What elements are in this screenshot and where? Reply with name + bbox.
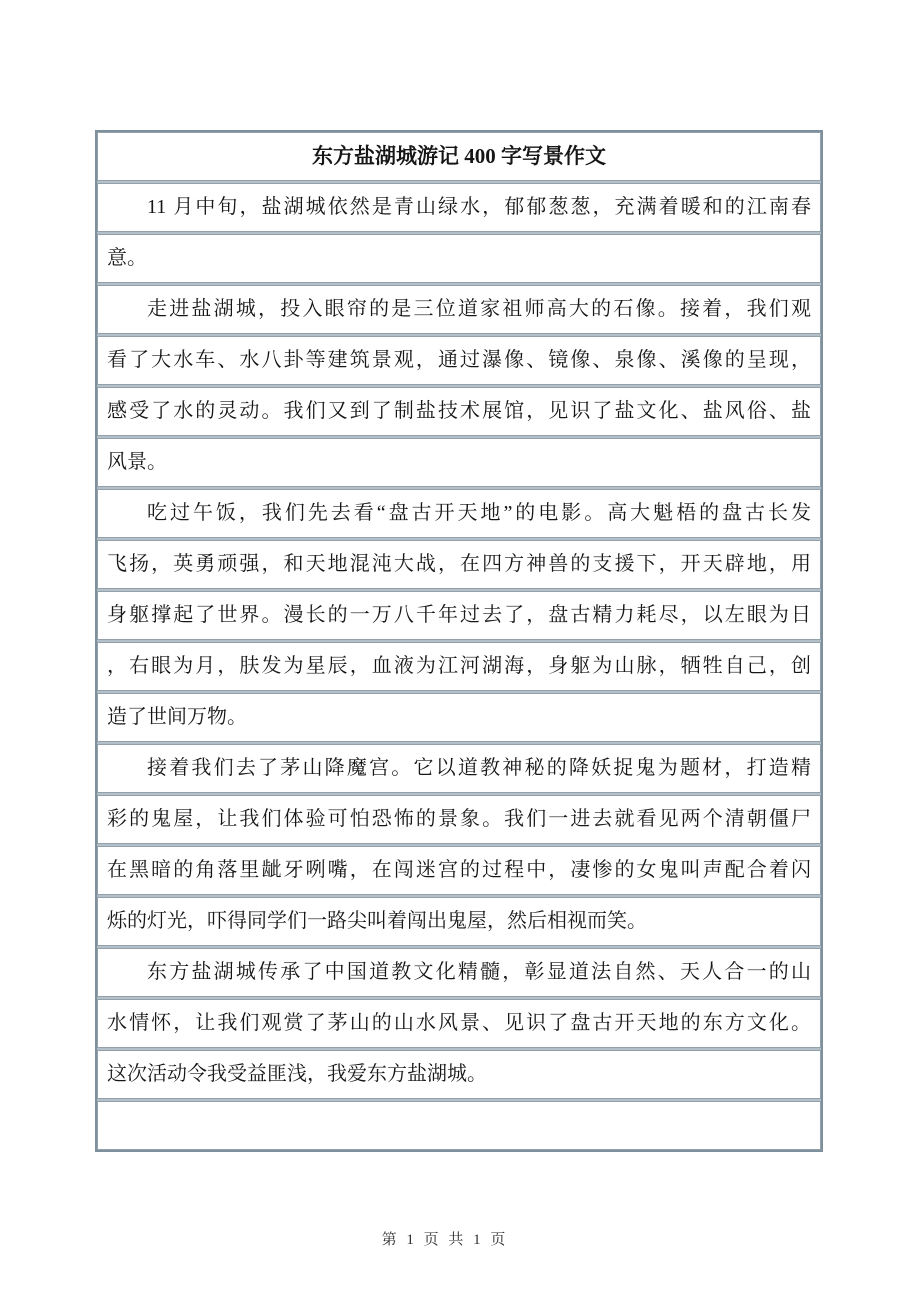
text-row: 造了世间万物。 [97, 693, 821, 742]
text-row: 身躯撑起了世界。漫长的一万八千年过去了，盘古精力耗尽，以左眼为日 [97, 591, 821, 640]
page-footer: 第 1 页 共 1 页 [95, 1228, 795, 1249]
text-row: 走进盐湖城，投入眼帘的是三位道家祖师高大的石像。接着，我们观 [97, 285, 821, 334]
text-row: 看了大水车、水八卦等建筑景观，通过瀑像、镜像、泉像、溪像的呈现， [97, 336, 821, 385]
text-row: 风景。 [97, 438, 821, 487]
essay-table: 东方盐湖城游记 400 字写景作文11 月中旬，盐湖城依然是青山绿水，郁郁葱葱，… [95, 130, 823, 1152]
text-row [97, 1101, 821, 1150]
page-number-text: 第 1 页 共 1 页 [382, 1232, 509, 1248]
essay-title-row: 东方盐湖城游记 400 字写景作文 [97, 132, 821, 181]
text-row: 感受了水的灵动。我们又到了制盐技术展馆，见识了盐文化、盐风俗、盐 [97, 387, 821, 436]
text-row: 飞扬，英勇顽强，和天地混沌大战，在四方神兽的支援下，开天辟地，用 [97, 540, 821, 589]
text-row: 水情怀，让我们观赏了茅山的山水风景、见识了盘古开天地的东方文化。 [97, 999, 821, 1048]
text-row: 吃过午饭，我们先去看“盘古开天地”的电影。高大魁梧的盘古长发 [97, 489, 821, 538]
text-row: 接着我们去了茅山降魔宫。它以道教神秘的降妖捉鬼为题材，打造精 [97, 744, 821, 793]
text-row: ，右眼为月，肤发为星辰，血液为江河湖海，身躯为山脉，牺牲自己，创 [97, 642, 821, 691]
text-row: 彩的鬼屋，让我们体验可怕恐怖的景象。我们一进去就看见两个清朝僵尸 [97, 795, 821, 844]
text-row: 11 月中旬，盐湖城依然是青山绿水，郁郁葱葱，充满着暖和的江南春 [97, 183, 821, 232]
text-row: 烁的灯光，吓得同学们一路尖叫着闯出鬼屋，然后相视而笑。 [97, 897, 821, 946]
text-row: 这次活动令我受益匪浅，我爱东方盐湖城。 [97, 1050, 821, 1099]
text-row: 在黑暗的角落里龇牙咧嘴，在闯迷宫的过程中，凄惨的女鬼叫声配合着闪 [97, 846, 821, 895]
text-row: 东方盐湖城传承了中国道教文化精髓，彰显道法自然、天人合一的山 [97, 948, 821, 997]
text-row: 意。 [97, 234, 821, 283]
